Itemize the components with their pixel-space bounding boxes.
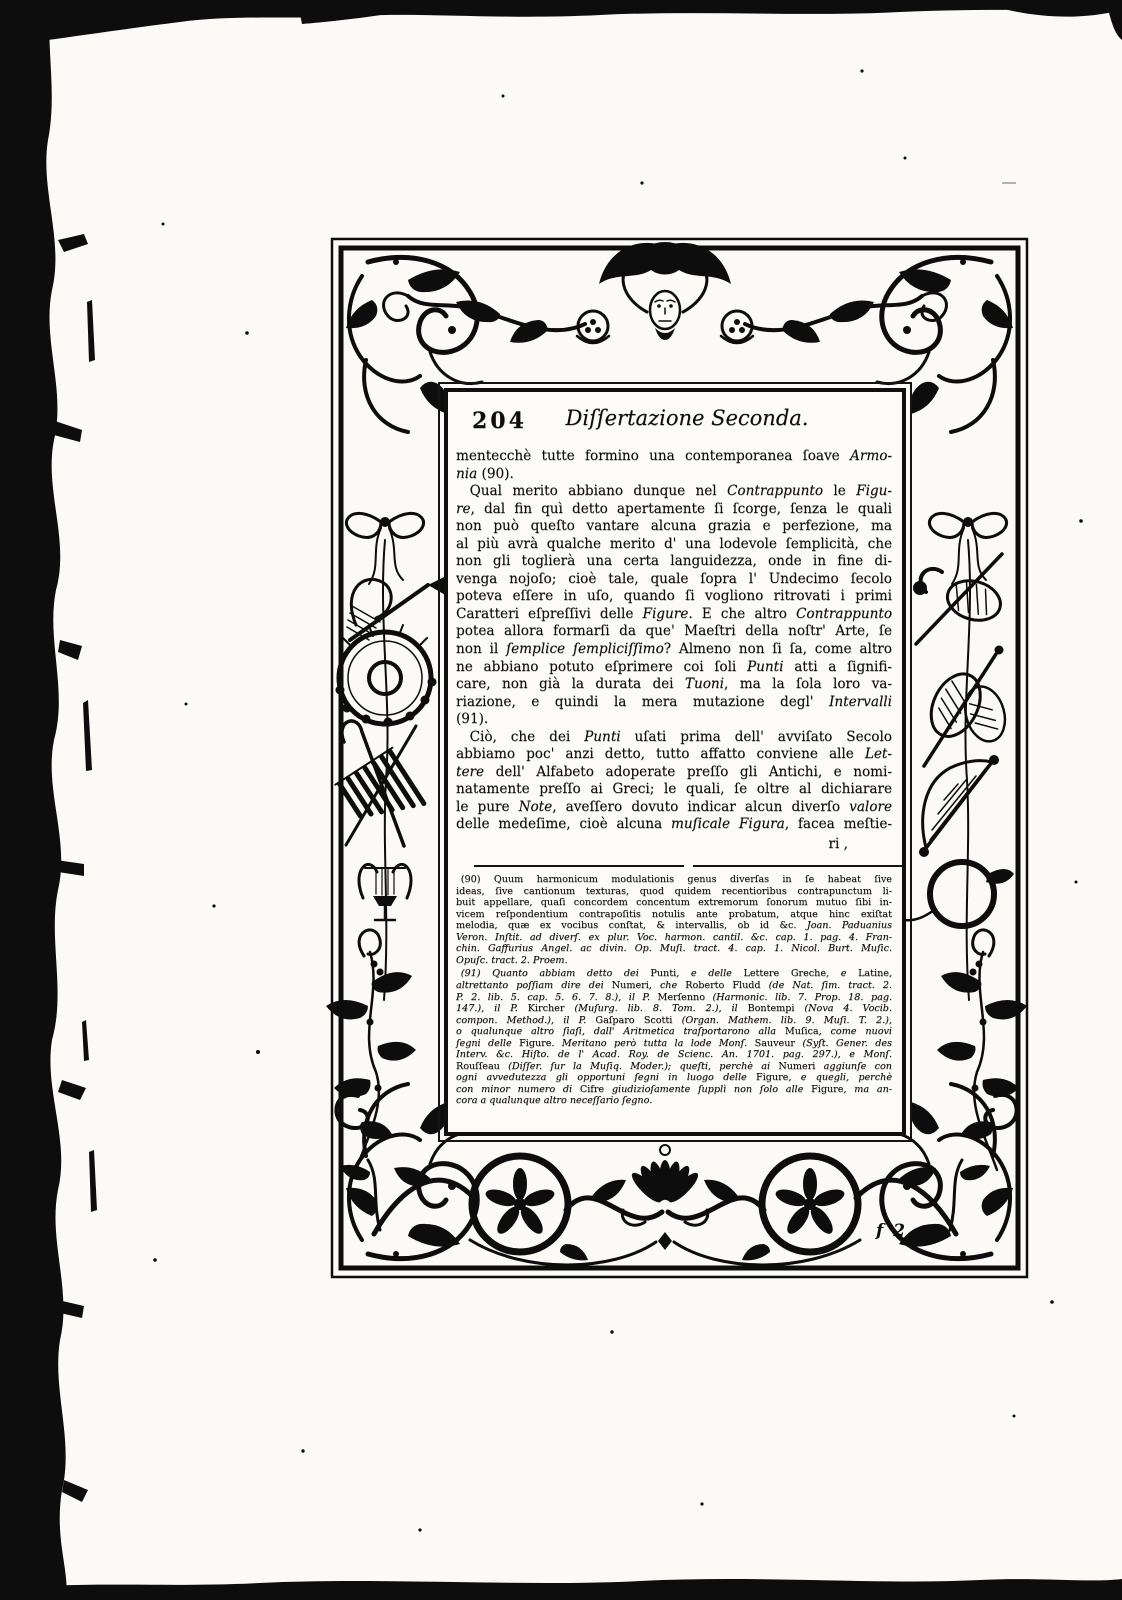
- text-line: P. 2. lib. 5. cap. 5. 6. 7. 8.), il P. M…: [456, 992, 892, 1004]
- text-line: ſegni delle Figure. Meritano però tutta …: [456, 1038, 892, 1050]
- page-header: 204 Diſſertazione Seconda.: [456, 406, 892, 440]
- text-line: mentecchè tutte formino una contemporane…: [456, 448, 892, 466]
- text-line: buit appellare, quaſi concordem concentu…: [456, 897, 892, 909]
- footnote-91: (91) Quanto abbiam detto dei Punti, e de…: [456, 968, 892, 1107]
- text-line: Interv. &c. Hiſto. de l' Acad. Roy. de S…: [456, 1049, 892, 1061]
- text-line: poteva eſſere in uſo, quando ſi vogliono…: [456, 588, 892, 606]
- text-line: chin. Gaffurius Angel. ac divin. Op. Muſ…: [456, 943, 892, 955]
- text-line: care, non già la durata dei Tuoni, ma la…: [456, 676, 892, 694]
- text-line: Caratteri eſpreſſivi delle Figure. E che…: [456, 606, 892, 624]
- text-line: le pure Note, aveſſero dovuto indicar al…: [456, 799, 892, 817]
- scan-edge-top: [0, 0, 1122, 46]
- text-line: compon. Method.), il P. Gaſparo Scotti (…: [456, 1015, 892, 1027]
- text-line: (91).: [456, 711, 892, 729]
- text-line: ogni avvedutezza gli opportuni ſegni in …: [456, 1072, 892, 1084]
- catchword: ri ,: [456, 836, 892, 853]
- text-line: venga nojoſo; cioè tale, quale ſopra l' …: [456, 571, 892, 589]
- text-line: riazione, e quindi la mera mutazione deg…: [456, 694, 892, 712]
- text-line: ne abbiano potuto eſprimere coi ſoli Pun…: [456, 659, 892, 677]
- text-line: con minor numero di Cifre giudizioſament…: [456, 1084, 892, 1096]
- text-line: 147.), il P. Kircher (Muſurg. lib. 8. To…: [456, 1003, 892, 1015]
- page-scan: 204 Diſſertazione Seconda. mentecchè tut…: [0, 0, 1122, 1600]
- text-line: potea allora formarſi da que' Maeſtri de…: [456, 623, 892, 641]
- text-line: ideas, ſive cantionum texturas, quod qui…: [456, 886, 892, 898]
- text-line: Ciò, che dei Punti uſati prima dell' avv…: [456, 729, 892, 747]
- text-line: Qual merito abbiano dunque nel Contrappu…: [456, 483, 892, 501]
- text-line: (90) Quum harmonicum modulationis genus …: [456, 874, 892, 886]
- text-line: o qualunque altro ſiaſi, dall' Aritmetic…: [456, 1026, 892, 1038]
- page-number: 204: [472, 408, 527, 434]
- text-line: vicem reſpondentium contrapoſitis notuli…: [456, 909, 892, 921]
- scan-edge-left: [0, 0, 97, 1600]
- text-line: altrettanto poſſiam dire dei Numeri, che…: [456, 980, 892, 992]
- text-line: non il ſemplice ſempliciſſimo? Almeno no…: [456, 641, 892, 659]
- text-panel: 204 Diſſertazione Seconda. mentecchè tut…: [444, 388, 906, 1136]
- footnote-rule: [474, 865, 902, 867]
- music-trophy-right: [904, 513, 1027, 1170]
- text-line: tere dell' Alfabeto adoperate preſſo gli…: [456, 764, 892, 782]
- harp-trophy: [919, 755, 999, 857]
- text-line: Rouſſeau (Diſſer. ſur la Muſiq. Moder.);…: [456, 1061, 892, 1073]
- text-line: delle medeſime, cioè alcuna muſicale Fig…: [456, 816, 892, 834]
- text-line: non gli toglierà una certa languidezza, …: [456, 553, 892, 571]
- text-line: non può queſto vantare alcuna grazia e p…: [456, 518, 892, 536]
- scan-edge-bottom: [0, 1579, 1122, 1600]
- hunting-horn-trophy: [904, 862, 1014, 926]
- text-line: melodia, quæ ex vocibus conſtat, & inter…: [456, 920, 892, 932]
- text-line: abbiamo poc' anzi detto, tutto affatto c…: [456, 746, 892, 764]
- text-line: al più avrà qualche merito d' una lodevo…: [456, 536, 892, 554]
- text-line: Veron. Inſtit. ad diverſ. ex plur. Voc. …: [456, 932, 892, 944]
- text-line: cora a qualunque altro neceſſario ſegno.: [456, 1095, 892, 1107]
- body-text: mentecchè tutte formino una contemporane…: [456, 448, 892, 834]
- text-line: (91) Quanto abbiam detto dei Punti, e de…: [456, 968, 892, 980]
- signature-mark: f 2.: [876, 1221, 915, 1241]
- panpipe-trophy: [335, 721, 427, 846]
- text-line: nia (90).: [456, 466, 892, 484]
- footnote-90: (90) Quum harmonicum modulationis genus …: [456, 874, 892, 966]
- text-line: natamente preſſo ai Greci; le quali, ſe …: [456, 781, 892, 799]
- mask-face-ornament: [577, 242, 753, 343]
- text-line: re, dal fin quì detto apertamente ſi ſco…: [456, 501, 892, 519]
- bottom-palmette: [622, 1145, 707, 1250]
- lyre-trumpet-trophy: [347, 574, 450, 640]
- music-trophy-left: [326, 513, 450, 1170]
- text-line: Opuſc. tract. 2. Proem.: [456, 955, 892, 967]
